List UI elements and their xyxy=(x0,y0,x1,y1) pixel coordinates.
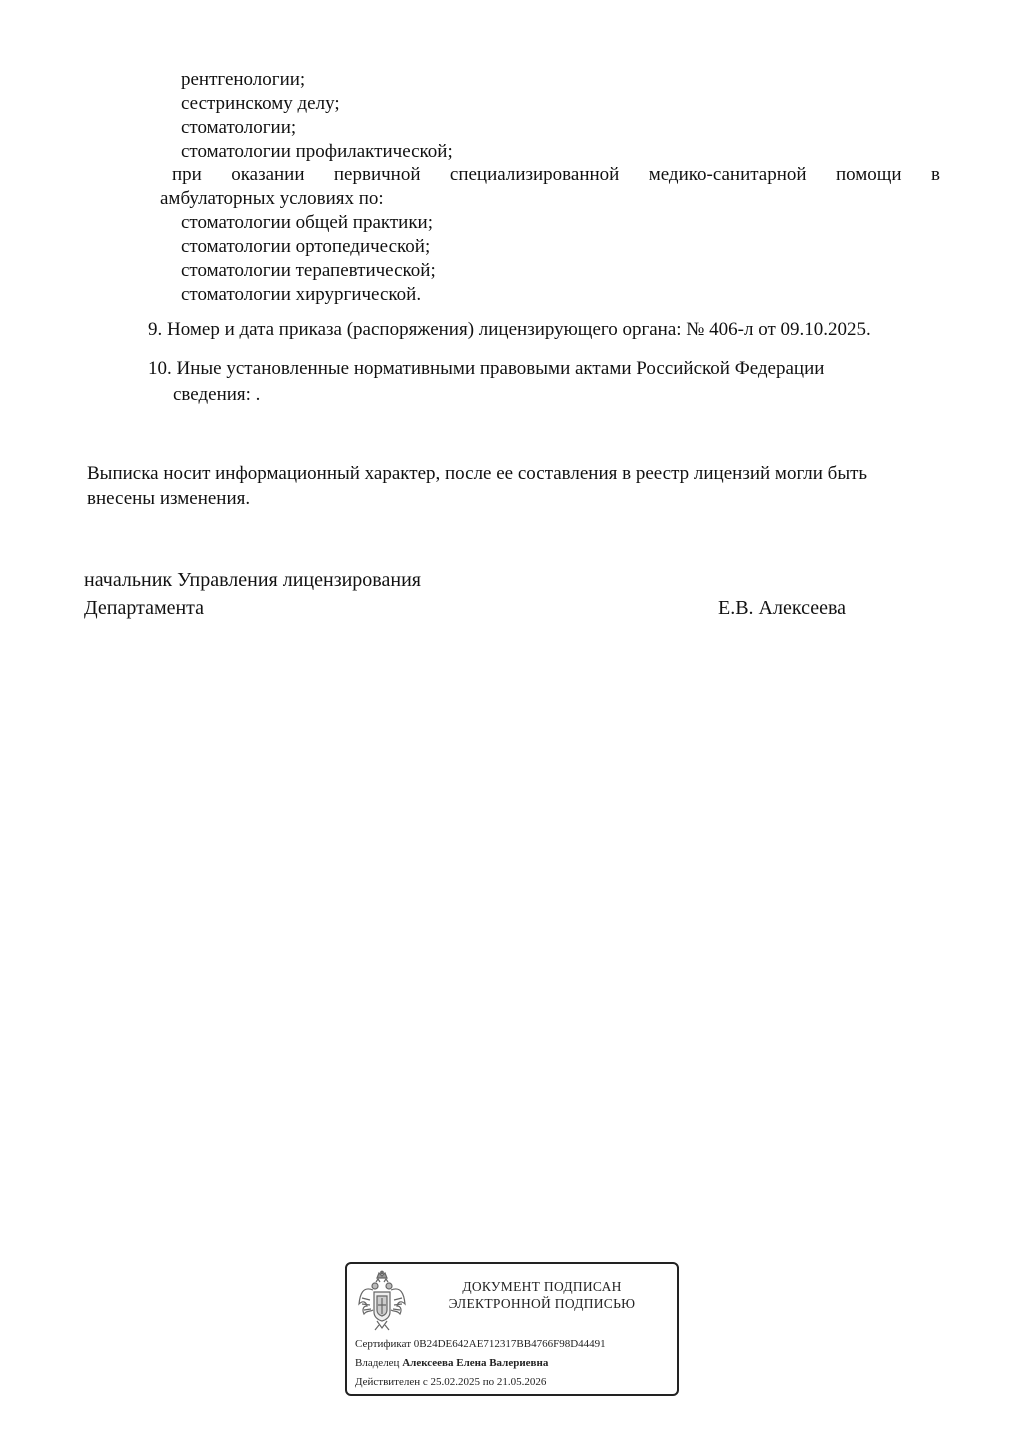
list-item-dentistry: стоматологии; xyxy=(181,116,296,140)
word: специализированной xyxy=(450,163,619,187)
valid-to: 21.05.2026 xyxy=(497,1376,547,1388)
russian-coat-of-arms-icon xyxy=(357,1270,407,1332)
valid-label: Действителен с xyxy=(355,1376,428,1388)
item-10-other-info: 10. Иные установленные нормативными прав… xyxy=(148,357,824,381)
list-item-orthopedic-dentistry: стоматологии ортопедической; xyxy=(181,235,430,259)
electronic-signature-stamp: ДОКУМЕНТ ПОДПИСАН ЭЛЕКТРОННОЙ ПОДПИСЬЮ С… xyxy=(345,1262,679,1396)
owner-label: Владелец xyxy=(355,1357,399,1369)
disclaimer: Выписка носит информационный характер, п… xyxy=(87,462,867,486)
word: оказании xyxy=(231,163,304,187)
item-10-other-info-cont: сведения: . xyxy=(173,383,260,407)
certificate-value: 0B24DE642AE712317BB4766F98D44491 xyxy=(414,1338,606,1350)
specialized-care-intro-cont: амбулаторных условиях по: xyxy=(160,187,384,211)
word: помощи xyxy=(836,163,902,187)
signatory-name: Е.В. Алексеева xyxy=(718,594,846,622)
word: при xyxy=(172,163,202,187)
word: медико-санитарной xyxy=(649,163,807,187)
owner-value: Алексеева Елена Валериевна xyxy=(402,1357,548,1369)
owner-line: Владелец Алексеева Елена Валериевна xyxy=(355,1356,548,1370)
certificate-label: Сертификат xyxy=(355,1338,411,1350)
valid-to-label: по xyxy=(483,1376,494,1388)
item-9-order-number: 9. Номер и дата приказа (распоряжения) л… xyxy=(148,318,871,342)
list-item-surgical-dentistry: стоматологии хирургической. xyxy=(181,283,421,307)
signatory-position: начальник Управления лицензирования xyxy=(84,566,421,594)
valid-from: 25.02.2025 xyxy=(431,1376,481,1388)
stamp-title-line2: ЭЛЕКТРОННОЙ ПОДПИСЬЮ xyxy=(427,1295,657,1312)
word: в xyxy=(931,163,940,187)
list-item-preventive-dentistry: стоматологии профилактической; xyxy=(181,140,453,164)
stamp-title: ДОКУМЕНТ ПОДПИСАН ЭЛЕКТРОННОЙ ПОДПИСЬЮ xyxy=(427,1278,657,1312)
list-item-general-dentistry: стоматологии общей практики; xyxy=(181,211,433,235)
certificate-line: Сертификат 0B24DE642AE712317BB4766F98D44… xyxy=(355,1337,606,1351)
list-item-nursing: сестринскому делу; xyxy=(181,92,340,116)
validity-line: Действителен с 25.02.2025 по 21.05.2026 xyxy=(355,1375,546,1389)
list-item-therapeutic-dentistry: стоматологии терапевтической; xyxy=(181,259,436,283)
list-item-radiology: рентгенологии; xyxy=(181,68,305,92)
specialized-care-intro: при оказании первичной специализированно… xyxy=(172,163,940,187)
signatory-department: Департамента xyxy=(84,594,204,622)
disclaimer-cont: внесены изменения. xyxy=(87,487,250,511)
word: первичной xyxy=(334,163,421,187)
stamp-title-line1: ДОКУМЕНТ ПОДПИСАН xyxy=(427,1278,657,1295)
